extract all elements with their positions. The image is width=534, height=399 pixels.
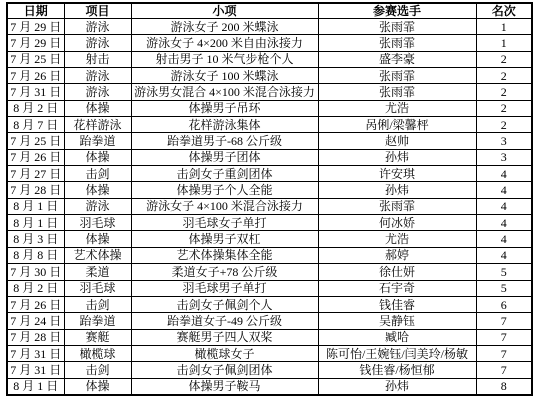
table-row: 8 月 8 日艺术体操艺术体操集体全能郝婷4 [7, 247, 532, 263]
table-row: 8 月 1 日羽毛球羽毛球女子单打何冰娇4 [7, 215, 532, 231]
table-header: 日期 项目 小项 参赛选手 名次 [7, 3, 532, 19]
cell-date: 7 月 26 日 [7, 68, 64, 84]
cell-event: 体操 [64, 182, 131, 198]
table-row: 7 月 26 日击剑击剑女子佩剑个人钱佳睿6 [7, 296, 532, 312]
cell-sub-event: 游泳男女混合 4×100 米混合泳接力 [131, 84, 318, 100]
cell-athletes: 陈可怡/王婉钰/闫美玲/杨敏 [318, 345, 476, 361]
cell-date: 7 月 28 日 [7, 182, 64, 198]
cell-event: 花样游泳 [64, 117, 131, 133]
cell-athletes: 盛李豪 [318, 51, 476, 67]
cell-athletes: 臧哈 [318, 329, 476, 345]
cell-date: 7 月 29 日 [7, 19, 64, 35]
cell-sub-event: 击剑女子佩剑个人 [131, 296, 318, 312]
cell-athletes: 尤浩 [318, 100, 476, 116]
table-row: 7 月 28 日赛艇赛艇男子四人双桨臧哈7 [7, 329, 532, 345]
header-row: 日期 项目 小项 参赛选手 名次 [7, 3, 532, 19]
cell-sub-event: 跆拳道女子-49 公斤级 [131, 313, 318, 329]
column-header-subevent: 小项 [131, 3, 318, 19]
cell-athletes: 石宇奇 [318, 280, 476, 296]
cell-date: 7 月 25 日 [7, 51, 64, 67]
cell-date: 7 月 30 日 [7, 264, 64, 280]
cell-date: 8 月 7 日 [7, 117, 64, 133]
cell-athletes: 钱佳睿 [318, 296, 476, 312]
cell-rank: 2 [476, 51, 532, 67]
cell-sub-event: 游泳女子 4×100 米混合泳接力 [131, 198, 318, 214]
table-row: 7 月 31 日游泳游泳男女混合 4×100 米混合泳接力张雨霏2 [7, 84, 532, 100]
cell-rank: 6 [476, 296, 532, 312]
cell-rank: 7 [476, 313, 532, 329]
cell-sub-event: 游泳女子 200 米蝶泳 [131, 19, 318, 35]
table-row: 7 月 24 日跆拳道跆拳道女子-49 公斤级吴静钰7 [7, 313, 532, 329]
table-row: 7 月 25 日射击射击男子 10 米气步枪个人盛李豪2 [7, 51, 532, 67]
cell-event: 击剑 [64, 166, 131, 182]
cell-date: 7 月 31 日 [7, 362, 64, 378]
cell-athletes: 张雨霏 [318, 19, 476, 35]
cell-sub-event: 体操男子团体 [131, 149, 318, 165]
results-table: 日期 项目 小项 参赛选手 名次 7 月 29 日游泳游泳女子 200 米蝶泳张… [6, 2, 533, 396]
table-row: 8 月 2 日体操体操男子吊环尤浩2 [7, 100, 532, 116]
table-row: 7 月 26 日游泳游泳女子 100 米蝶泳张雨霏2 [7, 68, 532, 84]
cell-rank: 7 [476, 362, 532, 378]
cell-event: 体操 [64, 100, 131, 116]
cell-sub-event: 艺术体操集体全能 [131, 247, 318, 263]
table-row: 7 月 31 日橄榄球橄榄球女子陈可怡/王婉钰/闫美玲/杨敏7 [7, 345, 532, 361]
cell-date: 7 月 31 日 [7, 345, 64, 361]
cell-sub-event: 射击男子 10 米气步枪个人 [131, 51, 318, 67]
cell-date: 8 月 1 日 [7, 378, 64, 395]
cell-date: 7 月 26 日 [7, 296, 64, 312]
cell-rank: 2 [476, 84, 532, 100]
cell-date: 7 月 25 日 [7, 133, 64, 149]
cell-sub-event: 体操男子吊环 [131, 100, 318, 116]
cell-athletes: 张雨霏 [318, 198, 476, 214]
table-row: 7 月 30 日柔道柔道女子+78 公斤级徐仕妍5 [7, 264, 532, 280]
cell-event: 体操 [64, 149, 131, 165]
cell-rank: 1 [476, 35, 532, 51]
cell-rank: 1 [476, 19, 532, 35]
cell-athletes: 尤浩 [318, 231, 476, 247]
cell-rank: 2 [476, 68, 532, 84]
cell-event: 游泳 [64, 68, 131, 84]
cell-rank: 7 [476, 345, 532, 361]
cell-rank: 4 [476, 231, 532, 247]
column-header-date: 日期 [7, 3, 64, 19]
cell-rank: 4 [476, 182, 532, 198]
cell-sub-event: 击剑女子重剑团体 [131, 166, 318, 182]
table-row: 8 月 3 日体操体操男子双杠尤浩4 [7, 231, 532, 247]
cell-sub-event: 柔道女子+78 公斤级 [131, 264, 318, 280]
table-row: 7 月 29 日游泳游泳女子 4×200 米自由泳接力张雨霏1 [7, 35, 532, 51]
cell-date: 7 月 29 日 [7, 35, 64, 51]
cell-sub-event: 橄榄球女子 [131, 345, 318, 361]
cell-sub-event: 花样游泳集体 [131, 117, 318, 133]
cell-sub-event: 体操男子双杠 [131, 231, 318, 247]
document-page: 日期 项目 小项 参赛选手 名次 7 月 29 日游泳游泳女子 200 米蝶泳张… [0, 0, 534, 399]
cell-event: 游泳 [64, 19, 131, 35]
cell-date: 7 月 26 日 [7, 149, 64, 165]
column-header-event: 项目 [64, 3, 131, 19]
cell-date: 8 月 1 日 [7, 198, 64, 214]
cell-date: 8 月 2 日 [7, 280, 64, 296]
cell-event: 游泳 [64, 198, 131, 214]
cell-sub-event: 跆拳道男子-68 公斤级 [131, 133, 318, 149]
cell-date: 7 月 31 日 [7, 84, 64, 100]
cell-event: 体操 [64, 378, 131, 395]
table-body: 7 月 29 日游泳游泳女子 200 米蝶泳张雨霏17 月 29 日游泳游泳女子… [7, 19, 532, 396]
cell-event: 体操 [64, 231, 131, 247]
cell-rank: 4 [476, 247, 532, 263]
cell-athletes: 钱佳睿/杨恒郁 [318, 362, 476, 378]
cell-athletes: 许安琪 [318, 166, 476, 182]
cell-event: 跆拳道 [64, 313, 131, 329]
table-row: 7 月 26 日体操体操男子团体孙炜3 [7, 149, 532, 165]
table-row: 8 月 1 日游泳游泳女子 4×100 米混合泳接力张雨霏4 [7, 198, 532, 214]
cell-athletes: 郝婷 [318, 247, 476, 263]
cell-rank: 3 [476, 133, 532, 149]
cell-event: 橄榄球 [64, 345, 131, 361]
cell-date: 7 月 28 日 [7, 329, 64, 345]
cell-date: 7 月 27 日 [7, 166, 64, 182]
cell-athletes: 孙炜 [318, 378, 476, 395]
cell-rank: 2 [476, 117, 532, 133]
cell-date: 8 月 1 日 [7, 215, 64, 231]
cell-event: 羽毛球 [64, 280, 131, 296]
cell-athletes: 张雨霏 [318, 35, 476, 51]
cell-athletes: 呙俐/梁馨枰 [318, 117, 476, 133]
cell-rank: 4 [476, 166, 532, 182]
column-header-rank: 名次 [476, 3, 532, 19]
table-row: 7 月 28 日体操体操男子个人全能孙炜4 [7, 182, 532, 198]
table-row: 7 月 27 日击剑击剑女子重剑团体许安琪4 [7, 166, 532, 182]
cell-event: 游泳 [64, 35, 131, 51]
cell-rank: 8 [476, 378, 532, 395]
cell-sub-event: 羽毛球男子单打 [131, 280, 318, 296]
table-row: 7 月 29 日游泳游泳女子 200 米蝶泳张雨霏1 [7, 19, 532, 35]
cell-rank: 7 [476, 329, 532, 345]
cell-event: 赛艇 [64, 329, 131, 345]
cell-event: 游泳 [64, 84, 131, 100]
cell-athletes: 赵帅 [318, 133, 476, 149]
column-header-athletes: 参赛选手 [318, 3, 476, 19]
cell-rank: 3 [476, 149, 532, 165]
cell-date: 8 月 3 日 [7, 231, 64, 247]
cell-sub-event: 赛艇男子四人双桨 [131, 329, 318, 345]
cell-event: 柔道 [64, 264, 131, 280]
cell-date: 7 月 24 日 [7, 313, 64, 329]
cell-sub-event: 体操男子鞍马 [131, 378, 318, 395]
cell-rank: 4 [476, 198, 532, 214]
cell-sub-event: 羽毛球女子单打 [131, 215, 318, 231]
cell-event: 击剑 [64, 296, 131, 312]
cell-event: 跆拳道 [64, 133, 131, 149]
cell-athletes: 张雨霏 [318, 84, 476, 100]
cell-date: 8 月 2 日 [7, 100, 64, 116]
cell-event: 击剑 [64, 362, 131, 378]
table-row: 8 月 1 日体操体操男子鞍马孙炜8 [7, 378, 532, 395]
table-row: 7 月 31 日击剑击剑女子佩剑团体钱佳睿/杨恒郁7 [7, 362, 532, 378]
cell-date: 8 月 8 日 [7, 247, 64, 263]
cell-event: 艺术体操 [64, 247, 131, 263]
table-row: 7 月 25 日跆拳道跆拳道男子-68 公斤级赵帅3 [7, 133, 532, 149]
cell-event: 射击 [64, 51, 131, 67]
cell-rank: 2 [476, 100, 532, 116]
cell-event: 羽毛球 [64, 215, 131, 231]
table-row: 8 月 7 日花样游泳花样游泳集体呙俐/梁馨枰2 [7, 117, 532, 133]
cell-sub-event: 击剑女子佩剑团体 [131, 362, 318, 378]
cell-athletes: 孙炜 [318, 182, 476, 198]
cell-athletes: 孙炜 [318, 149, 476, 165]
cell-athletes: 张雨霏 [318, 68, 476, 84]
cell-rank: 5 [476, 264, 532, 280]
cell-sub-event: 游泳女子 100 米蝶泳 [131, 68, 318, 84]
cell-rank: 5 [476, 280, 532, 296]
table-row: 8 月 2 日羽毛球羽毛球男子单打石宇奇5 [7, 280, 532, 296]
cell-athletes: 吴静钰 [318, 313, 476, 329]
cell-athletes: 何冰娇 [318, 215, 476, 231]
cell-athletes: 徐仕妍 [318, 264, 476, 280]
cell-sub-event: 游泳女子 4×200 米自由泳接力 [131, 35, 318, 51]
cell-sub-event: 体操男子个人全能 [131, 182, 318, 198]
cell-rank: 4 [476, 215, 532, 231]
